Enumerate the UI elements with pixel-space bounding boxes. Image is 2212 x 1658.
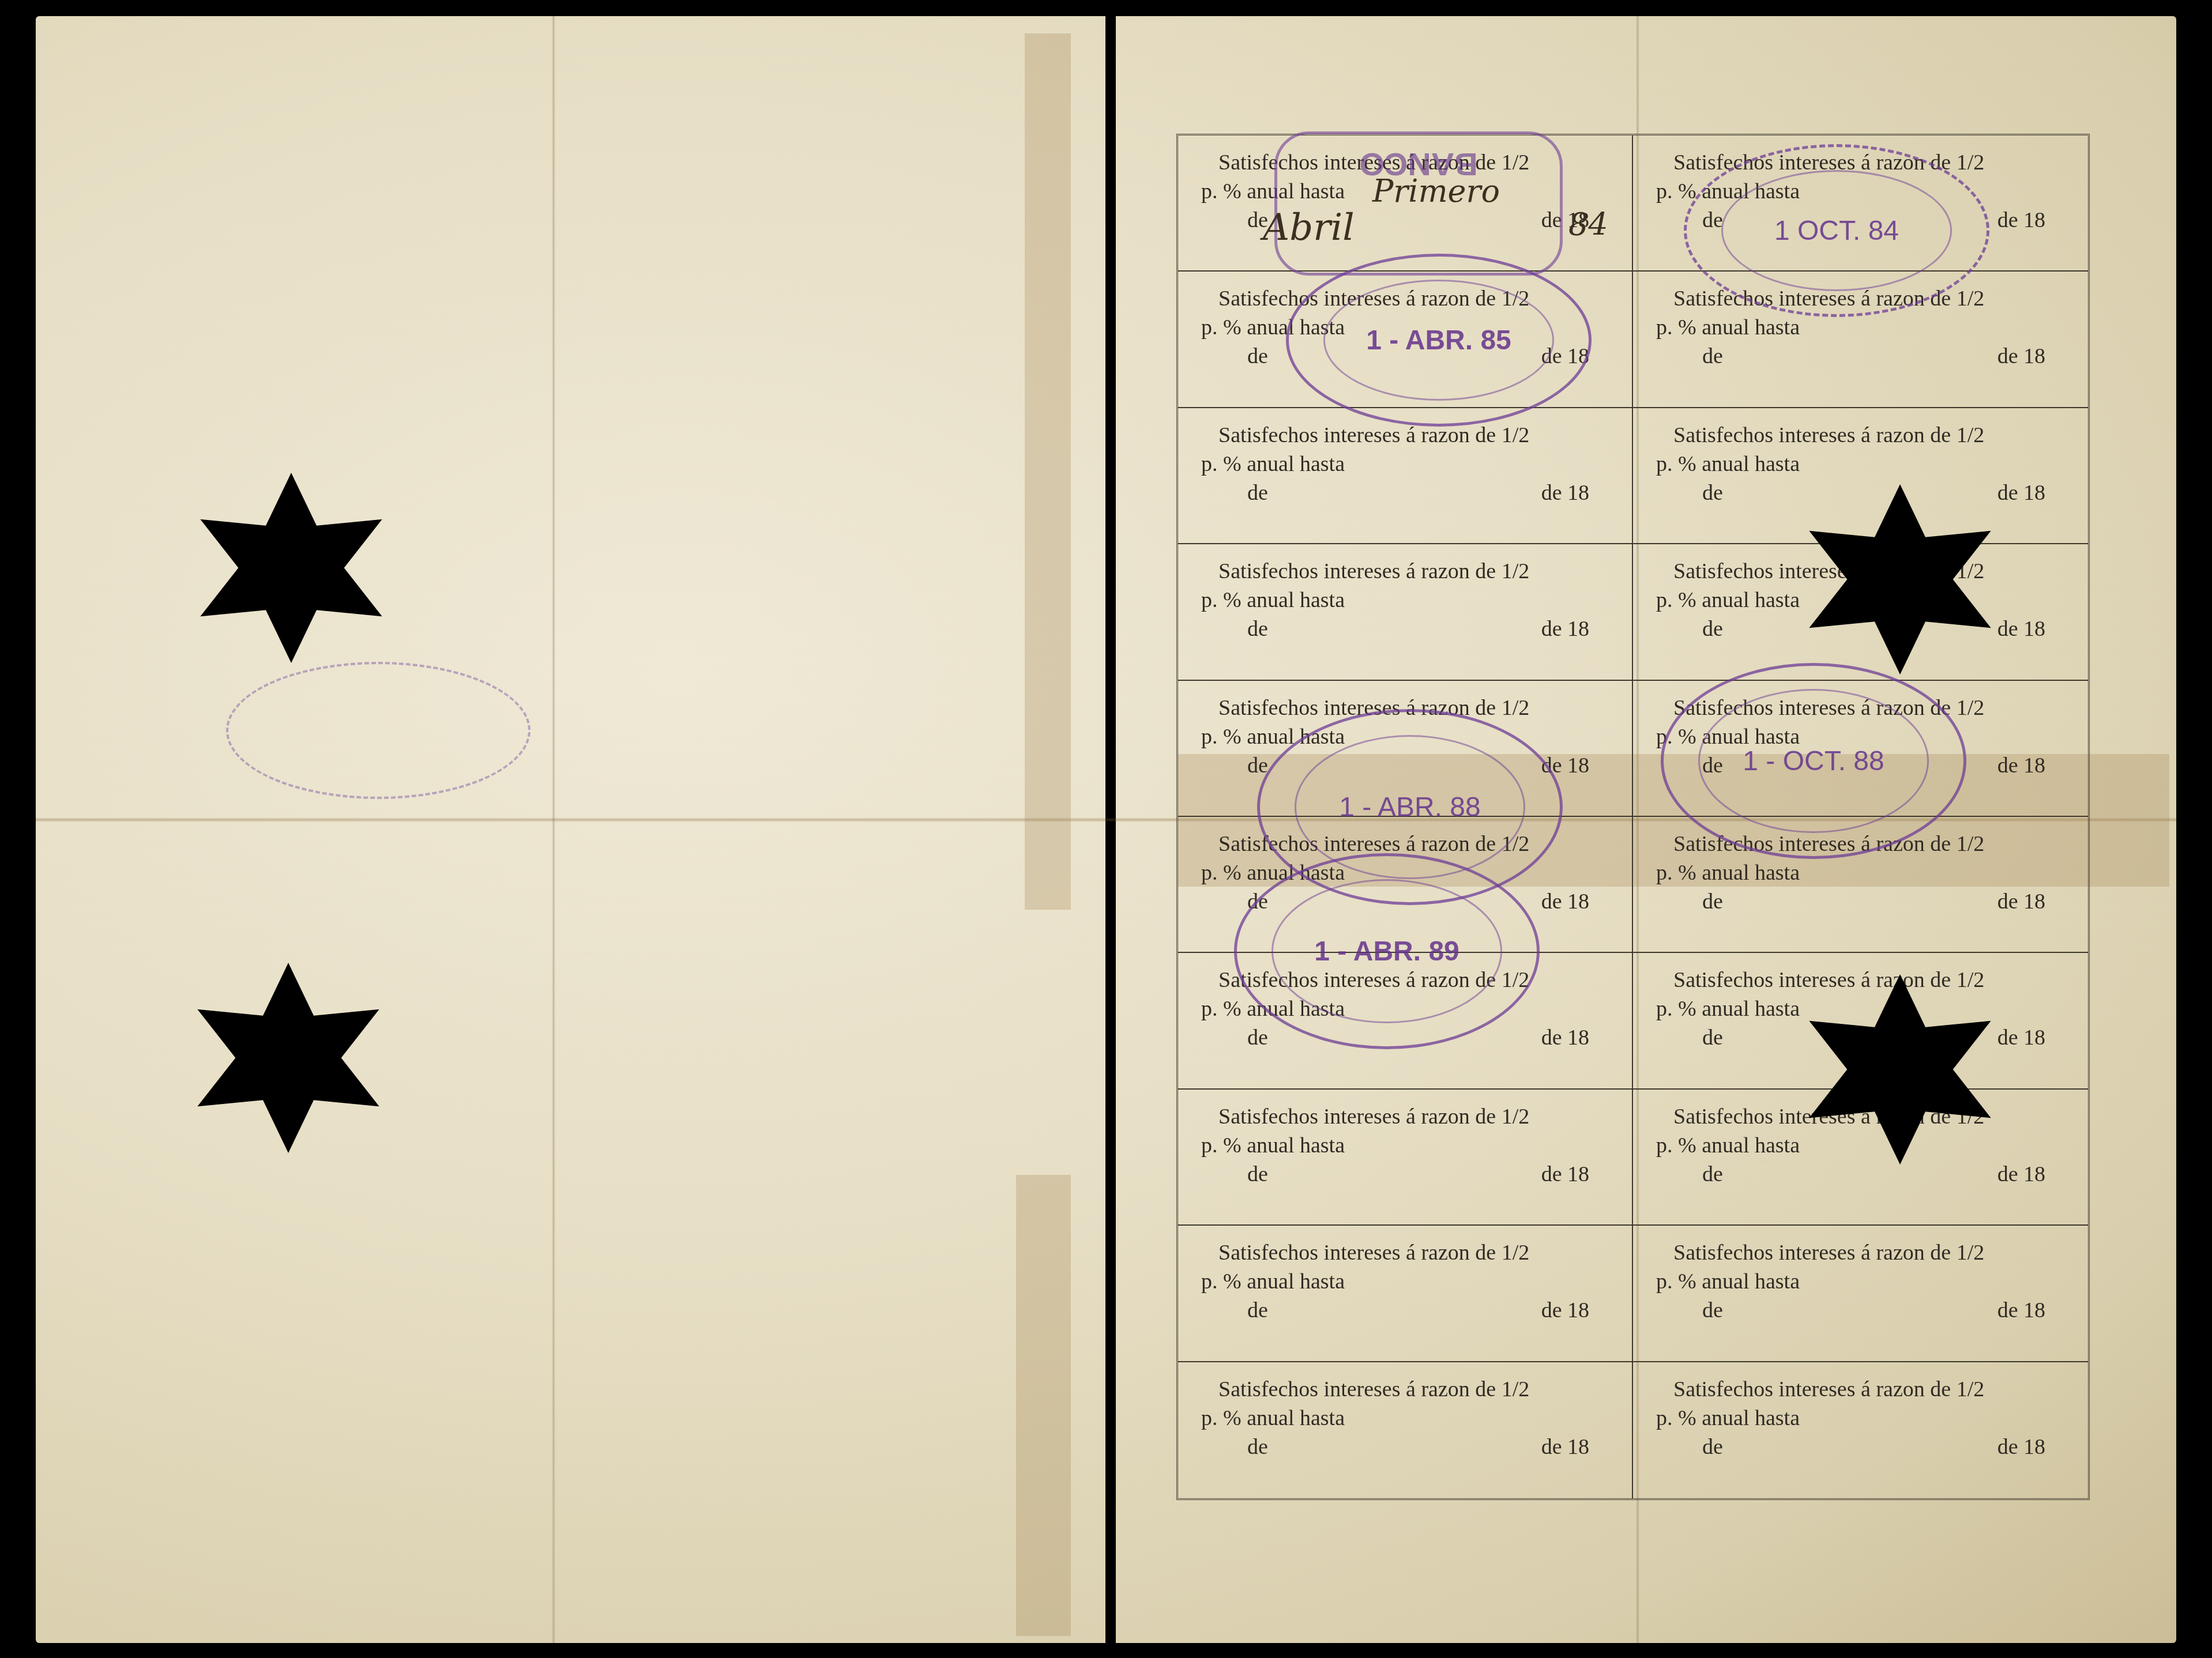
coupon-line: p. % anual hasta <box>1656 1404 2080 1433</box>
coupon: Satisfechos intereses á razon de 1/2p. %… <box>1178 1362 1633 1498</box>
coupon-date-line: dede 18 <box>1201 1433 1624 1461</box>
coupon: Satisfechos intereses á razon de 1/2p. %… <box>1178 817 1633 953</box>
coupon-line: Satisfechos intereses á razon de 1/2 <box>1656 148 2080 177</box>
coupon-date-line: dede 18 <box>1201 615 1624 643</box>
coupon-line: p. % anual hasta <box>1656 722 2080 751</box>
coupon: Satisfechos intereses á razon de 1/2p. %… <box>1178 544 1633 680</box>
coupon-line: p. % anual hasta <box>1201 313 1624 342</box>
coupon: Satisfechos intereses á razon de 1/2p. %… <box>1178 1090 1633 1226</box>
coupon-line: p. % anual hasta <box>1201 1267 1624 1296</box>
coupon-line: Satisfechos intereses á razon de 1/2 <box>1201 1375 1624 1404</box>
star-punch-icon <box>1793 484 2007 674</box>
faint-oval-stamp <box>226 662 531 799</box>
coupon: Satisfechos intereses á razon de 1/2p. %… <box>1178 408 1633 544</box>
coupon-date-line: dede 18 <box>1201 887 1624 916</box>
fold-line-vertical <box>552 16 555 1643</box>
coupon-date-line: dede 18 <box>1656 1296 2080 1325</box>
tape-strip <box>1025 33 1071 910</box>
coupon: Satisfechos intereses á razon de 1/2p. %… <box>1633 1362 2088 1498</box>
coupon-date-line: dede 18 <box>1201 478 1624 507</box>
coupon-line: p. % anual hasta <box>1201 994 1624 1023</box>
coupon: Satisfechos intereses á razon de 1/2p. %… <box>1178 681 1633 817</box>
coupon-line: Satisfechos intereses á razon de 1/2 <box>1201 1238 1624 1267</box>
handwritten-day: Primero <box>1372 173 1500 209</box>
coupon: Satisfechos intereses á razon de 1/2p. %… <box>1633 1226 2088 1362</box>
coupon: Satisfechos intereses á razon de 1/2p. %… <box>1633 272 2088 408</box>
sheet-gap <box>1105 16 1116 1643</box>
coupon-line: p. % anual hasta <box>1201 1404 1624 1433</box>
coupon-line: Satisfechos intereses á razon de 1/2 <box>1656 1238 2080 1267</box>
tape-strip <box>1016 1175 1071 1636</box>
coupon-line: p. % anual hasta <box>1656 1267 2080 1296</box>
coupon-date-line: dede 18 <box>1656 751 2080 780</box>
coupon-date-line: dede 18 <box>1201 1160 1624 1189</box>
star-punch-icon <box>1793 974 2007 1165</box>
coupon-line: Satisfechos intereses á razon de 1/2 <box>1201 830 1624 858</box>
coupon-line: Satisfechos intereses á razon de 1/2 <box>1201 557 1624 586</box>
coupon-line: p. % anual hasta <box>1656 450 2080 478</box>
handwritten-month: Abril <box>1263 206 1355 249</box>
star-punch-icon <box>185 473 398 663</box>
coupon-grid: Satisfechos intereses á razon de 1/2p. %… <box>1176 134 2090 1500</box>
handwritten-year: 84 <box>1568 206 1608 243</box>
coupon-line: p. % anual hasta <box>1656 313 2080 342</box>
coupon-line: Satisfechos intereses á razon de 1/2 <box>1201 284 1624 313</box>
coupon-date-line: dede 18 <box>1201 751 1624 780</box>
coupon-date-line: dede 18 <box>1201 1296 1624 1325</box>
coupon-line: p. % anual hasta <box>1201 586 1624 615</box>
coupon: Satisfechos intereses á razon de 1/2p. %… <box>1633 681 2088 817</box>
coupon: Satisfechos intereses á razon de 1/2p. %… <box>1178 953 1633 1089</box>
coupon: Satisfechos intereses á razon de 1/2p. %… <box>1178 1226 1633 1362</box>
star-punch-icon <box>182 963 395 1153</box>
coupon-line: p. % anual hasta <box>1201 1131 1624 1160</box>
coupon-date-line: dede 18 <box>1656 887 2080 916</box>
coupon: Satisfechos intereses á razon de 1/2p. %… <box>1633 135 2088 272</box>
coupon-line: Satisfechos intereses á razon de 1/2 <box>1656 694 2080 722</box>
coupon-line: p. % anual hasta <box>1201 722 1624 751</box>
coupon-date-line: dede 18 <box>1656 1433 2080 1461</box>
coupon-line: p. % anual hasta <box>1201 450 1624 478</box>
coupon-date-line: dede 18 <box>1201 1023 1624 1052</box>
coupon-line: p. % anual hasta <box>1201 858 1624 887</box>
coupon-date-line: dede 18 <box>1656 206 2080 235</box>
coupon-line: p. % anual hasta <box>1656 858 2080 887</box>
coupon-date-line: dede 18 <box>1656 342 2080 371</box>
coupon-line: Satisfechos intereses á razon de 1/2 <box>1656 1375 2080 1404</box>
coupon-date-line: dede 18 <box>1201 342 1624 371</box>
coupon-line: Satisfechos intereses á razon de 1/2 <box>1201 421 1624 450</box>
coupon-line: Satisfechos intereses á razon de 1/2 <box>1201 966 1624 994</box>
coupon-line: Satisfechos intereses á razon de 1/2 <box>1656 830 2080 858</box>
coupon: Satisfechos intereses á razon de 1/2p. %… <box>1633 817 2088 953</box>
coupon-line: Satisfechos intereses á razon de 1/2 <box>1201 694 1624 722</box>
coupon-line: Satisfechos intereses á razon de 1/2 <box>1656 284 2080 313</box>
coupon: Satisfechos intereses á razon de 1/2p. %… <box>1178 272 1633 408</box>
coupon-line: Satisfechos intereses á razon de 1/2 <box>1656 421 2080 450</box>
coupon-line: p. % anual hasta <box>1656 177 2080 206</box>
coupon-line: Satisfechos intereses á razon de 1/2 <box>1201 1102 1624 1131</box>
